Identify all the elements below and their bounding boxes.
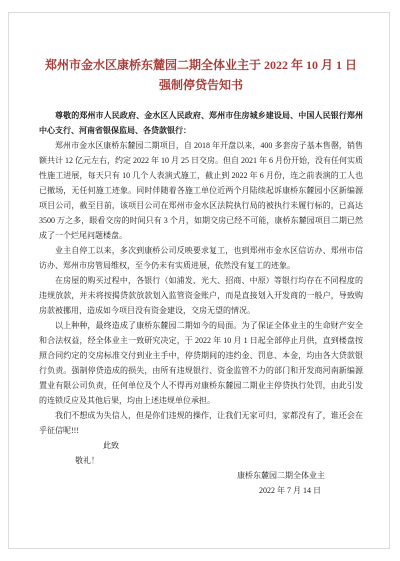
paragraph-owner-petitions: 业主自停工以来，多次到康桥公司反映要求复工，也到郑州市金水区信访办、郑州市信访办…: [39, 243, 363, 273]
document-title-line1: 郑州市金水区康桥东麓园二期全体业主于 2022 年 10 月 1 日: [45, 58, 357, 72]
document-viewport: 郑州市金水区康桥东麓园二期全体业主于 2022 年 10 月 1 日 强制停贷告…: [0, 0, 400, 561]
letter-page: 郑州市金水区康桥东麓园二期全体业主于 2022 年 10 月 1 日 强制停贷告…: [8, 12, 390, 549]
closing-jingli: 敬礼！: [39, 453, 363, 468]
signature: 康桥东麓园二期全体业主: [39, 468, 363, 483]
document-title-line2: 强制停贷告知书: [159, 78, 243, 92]
paragraph-stop-payment-decision: 以上种种，最终造成了康桥东麓园二期如今的局面。为了保证全体业主的生命财产安全和合…: [39, 318, 363, 408]
document-body: 尊敬的郑州市人民政府、金水区人民政府、郑州市住房城乡建设局、中国人民银行郑州中心…: [39, 108, 363, 498]
date: 2022 年 7 月 14 日: [39, 483, 363, 498]
paragraph-credit-statement: 我们不想成为失信人，但是你们违规的操作，让我们无家可归，家都没有了，谁还会在乎征…: [39, 408, 363, 438]
salutation: 尊敬的郑州市人民政府、金水区人民政府、郑州市住房城乡建设局、中国人民银行郑州中心…: [39, 108, 363, 138]
paragraph-project-status: 郑州市金水区康桥东麓园二期项目，自 2018 年开盘以来，400 多套房子基本售…: [39, 138, 363, 243]
paragraph-bank-violations: 在房屋的购买过程中，各银行（如浦发、光大、招商、中原）等银行均存在不同程度的违规…: [39, 273, 363, 318]
closing-cizhi: 此致: [39, 438, 363, 453]
document-title: 郑州市金水区康桥东麓园二期全体业主于 2022 年 10 月 1 日 强制停贷告…: [39, 55, 363, 95]
